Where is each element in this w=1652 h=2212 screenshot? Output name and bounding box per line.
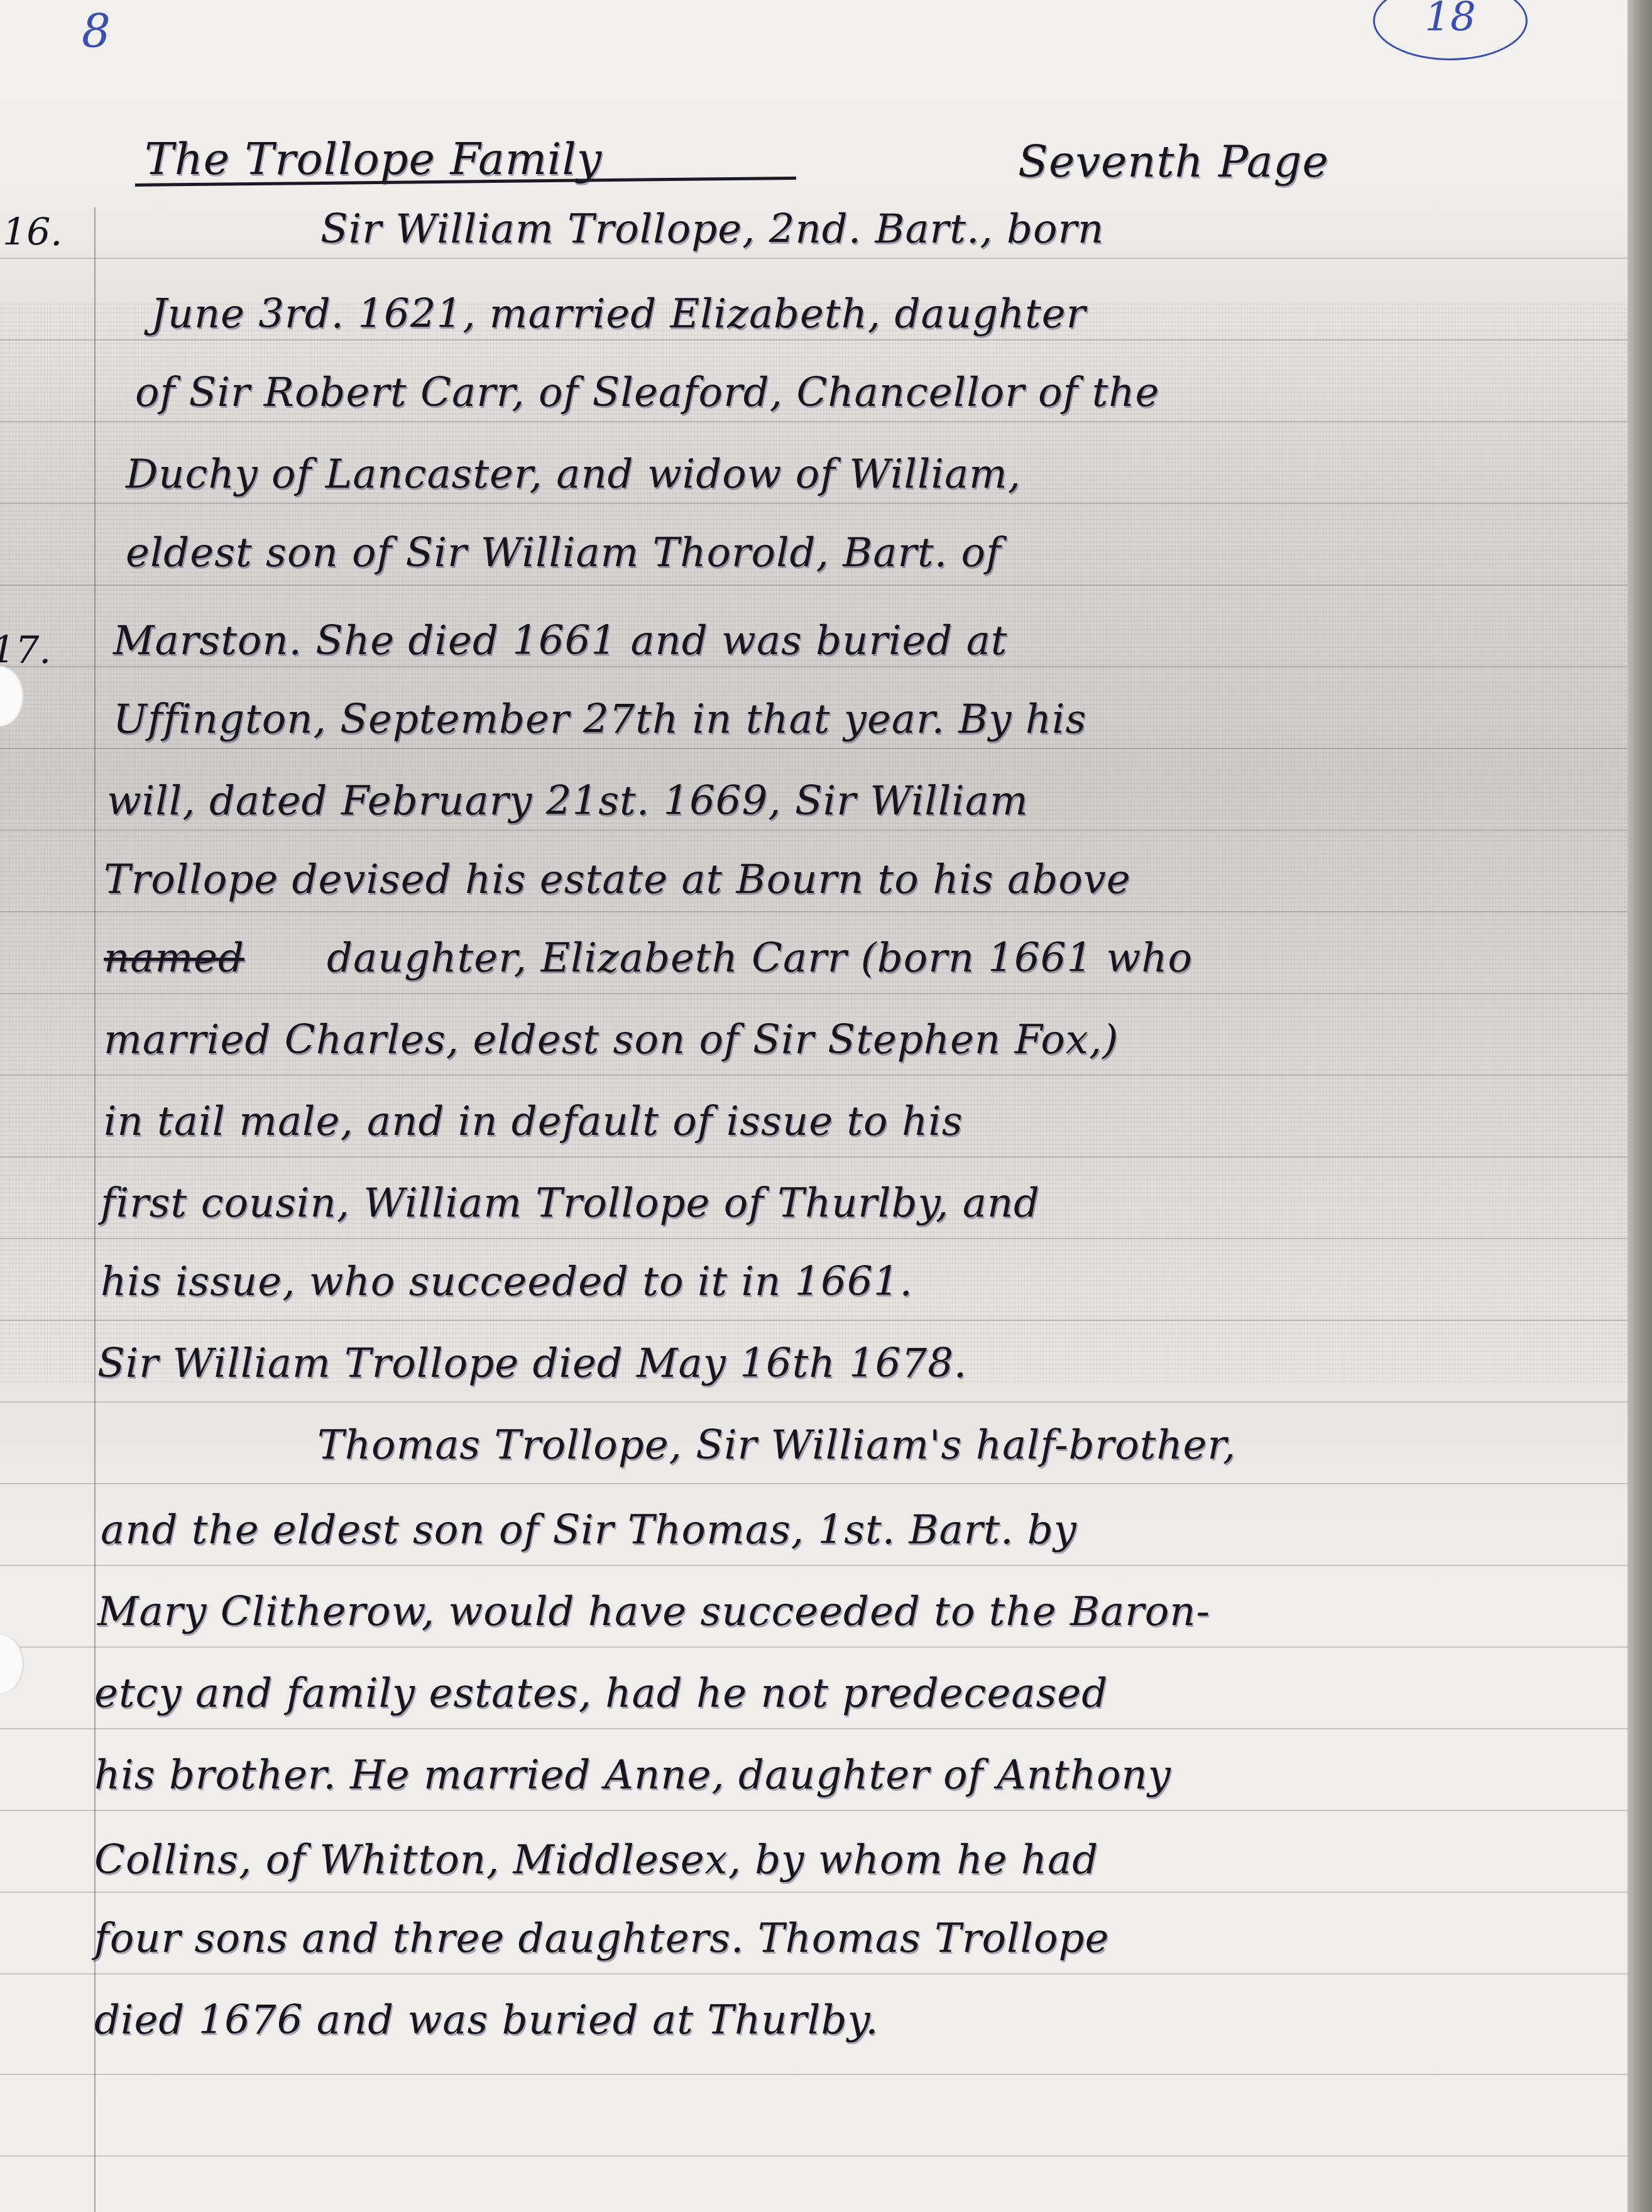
text-line: eldest son of Sir William Thorold, Bart.… [126, 525, 1002, 581]
page-label: Seventh Page [1018, 133, 1329, 190]
ruled-line [0, 1075, 1627, 1076]
ruled-line [0, 2155, 1627, 2157]
ruled-line [0, 1728, 1627, 1729]
ruled-line [0, 1238, 1627, 1239]
struck-word: named [104, 930, 244, 987]
text-line: of Sir Robert Carr, of Sleaford, Chancel… [135, 364, 1159, 421]
text-line: his issue, who succeeded to it in 1661. [101, 1254, 913, 1310]
text-line: first cousin, William Trollope of Thurlb… [101, 1175, 1040, 1232]
ruled-line [0, 1646, 1627, 1648]
ruled-line [0, 1401, 1627, 1403]
text-line: Collins, of Whitton, Middlesex, by whom … [94, 1832, 1098, 1888]
text-line: daughter, Elizabeth Carr (born 1661 who [327, 930, 1193, 987]
text-line: Mary Clitherow, would have succeeded to … [97, 1584, 1210, 1640]
ruled-line [0, 1483, 1627, 1484]
punch-hole [0, 1634, 24, 1694]
folio-number-left: 8 [82, 0, 111, 63]
ruled-line [0, 1892, 1627, 1893]
ruled-line [0, 1565, 1627, 1566]
ruled-line [0, 1973, 1627, 1974]
text-line: Duchy of Lancaster, and widow of William… [126, 446, 1021, 503]
ruled-line [0, 258, 1627, 259]
text-line: died 1676 and was buried at Thurlby. [94, 1992, 878, 2049]
ruled-line [0, 1156, 1627, 1158]
text-line: in tail male, and in default of issue to… [104, 1093, 963, 1150]
ruled-line [0, 1810, 1627, 1811]
ruled-line [0, 829, 1627, 831]
ruled-line [0, 421, 1627, 422]
text-line: Uffington, September 27th in that year. … [113, 691, 1086, 748]
text-line: etcy and family estates, had he not pred… [94, 1665, 1108, 1722]
text-line: his brother. He married Anne, daughter o… [94, 1747, 1171, 1804]
ruled-line [0, 2074, 1627, 2075]
text-line: Trollope devised his estate at Bourn to … [104, 851, 1131, 908]
entry-number: 17. [0, 625, 51, 676]
text-line: married Charles, eldest son of Sir Steph… [104, 1012, 1119, 1068]
text-line: Thomas Trollope, Sir William's half-brot… [317, 1417, 1236, 1474]
text-line: June 3rd. 1621, married Elizabeth, daugh… [151, 286, 1086, 342]
ruled-line [0, 584, 1627, 586]
entry-number: 16. [3, 207, 62, 258]
text-line: and the eldest son of Sir Thomas, 1st. B… [101, 1502, 1077, 1558]
folio-number-circled: 18 [1373, 0, 1528, 60]
text-line: Marston. She died 1661 and was buried at [113, 613, 1008, 669]
text-line: Sir William Trollope died May 16th 1678. [97, 1335, 967, 1392]
page-edge-shadow [1627, 0, 1652, 2212]
ruled-line [0, 748, 1627, 749]
ruled-line [0, 503, 1627, 504]
ruled-line [0, 993, 1627, 994]
ruled-line [0, 911, 1627, 912]
text-line: four sons and three daughters. Thomas Tr… [94, 1910, 1109, 1967]
ruled-line [0, 1320, 1627, 1321]
text-line: Sir William Trollope, 2nd. Bart., born [320, 201, 1104, 258]
text-line: will, dated February 21st. 1669, Sir Wil… [107, 773, 1029, 829]
document-page: 8 18 The Trollope Family Seventh Page 16… [0, 0, 1627, 2212]
